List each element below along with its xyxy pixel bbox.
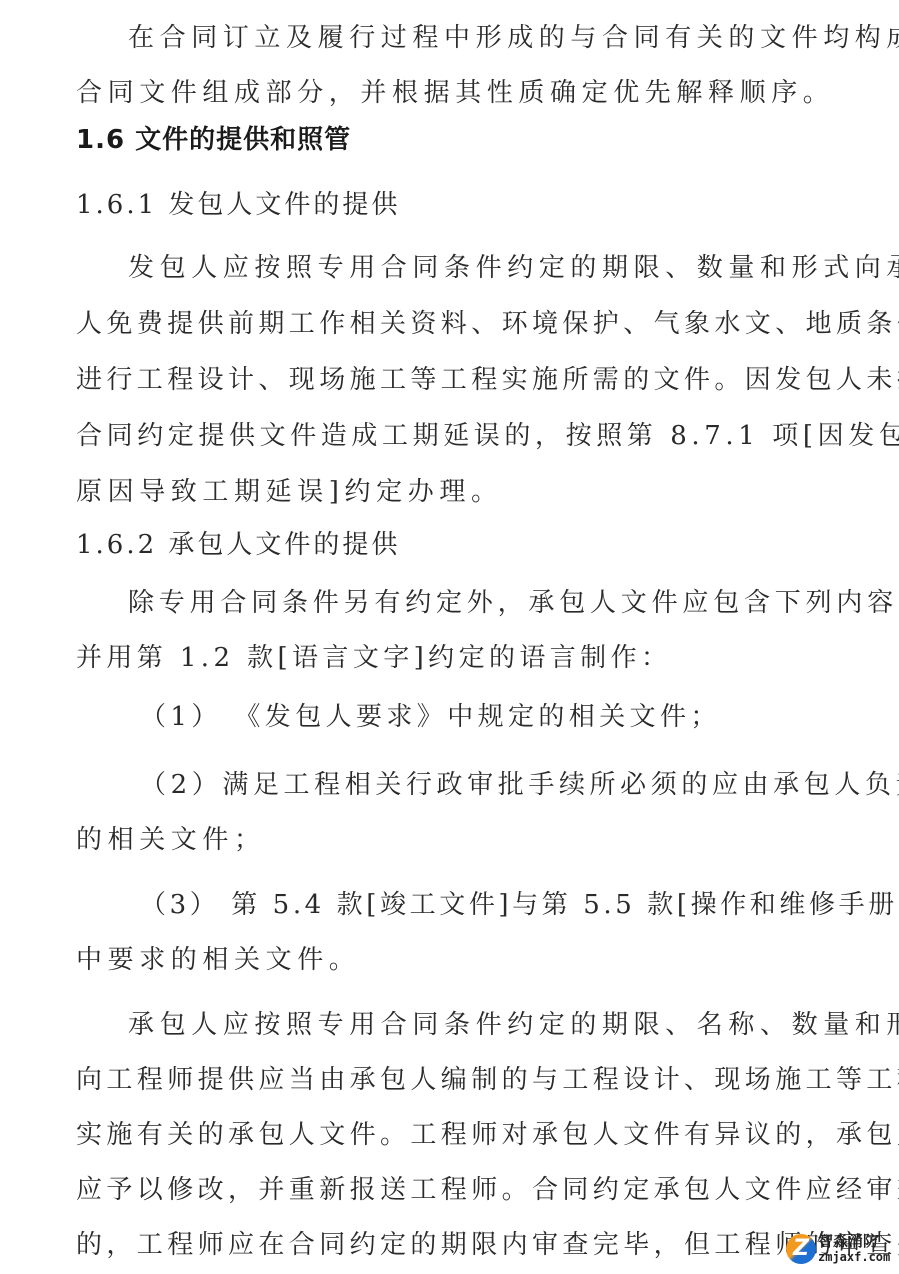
para-1-6-1-line-4: 合同约定提供文件造成工期延误的，按照第 8.7.1 项[因发包人 (76, 420, 836, 452)
closing-para-line-2: 向工程师提供应当由承包人编制的与工程设计、现场施工等工程 (76, 1064, 836, 1096)
watermark: 智淼消防 zmjaxf.com (786, 1230, 898, 1270)
intro-line-1: 在合同订立及履行过程中形成的与合同有关的文件均构成 (128, 22, 888, 54)
para-1-6-1-line-3: 进行工程设计、现场施工等工程实施所需的文件。因发包人未按 (76, 364, 836, 396)
closing-para-line-4: 应予以修改，并重新报送工程师。合同约定承包人文件应经审查 (76, 1174, 836, 1206)
list-item-1: （1） 《发包人要求》中规定的相关文件； (140, 701, 899, 733)
para-1-6-2-line-1: 除专用合同条件另有约定外，承包人文件应包含下列内容， (128, 587, 888, 619)
section-heading-1-6-2: 1.6.2 承包人文件的提供 (76, 529, 836, 561)
closing-para-line-5: 的，工程师应在合同约定的期限内审查完毕，但工程师的审查并 (76, 1229, 836, 1261)
watermark-title: 智淼消防 (818, 1230, 878, 1251)
section-heading-1-6: 1.6 文件的提供和照管 (76, 124, 836, 156)
intro-line-2: 合同文件组成部分，并根据其性质确定优先解释顺序。 (76, 77, 836, 109)
list-item-3-line-2: 中要求的相关文件。 (76, 944, 836, 976)
closing-para-line-3: 实施有关的承包人文件。工程师对承包人文件有异议的，承包人 (76, 1119, 836, 1151)
para-1-6-1-line-2: 人免费提供前期工作相关资料、环境保护、气象水文、地质条件 (76, 308, 836, 340)
para-1-6-1-line-5: 原因导致工期延误]约定办理。 (76, 476, 836, 508)
list-item-2-line-1: （2）满足工程相关行政审批手续所必须的应由承包人负责 (140, 769, 899, 801)
section-heading-1-6-1: 1.6.1 发包人文件的提供 (76, 189, 836, 221)
zm-logo-icon (786, 1234, 816, 1264)
list-item-2-line-2: 的相关文件； (76, 824, 836, 856)
closing-para-line-1: 承包人应按照专用合同条件约定的期限、名称、数量和形式 (128, 1009, 888, 1041)
para-1-6-1-line-1: 发包人应按照专用合同条件约定的期限、数量和形式向承包 (128, 252, 888, 284)
para-1-6-2-line-2: 并用第 1.2 款[语言文字]约定的语言制作： (76, 642, 836, 674)
watermark-url: zmjaxf.com (818, 1250, 890, 1264)
list-item-3-line-1: （3） 第 5.4 款[竣工文件]与第 5.5 款[操作和维修手册] (140, 889, 899, 921)
